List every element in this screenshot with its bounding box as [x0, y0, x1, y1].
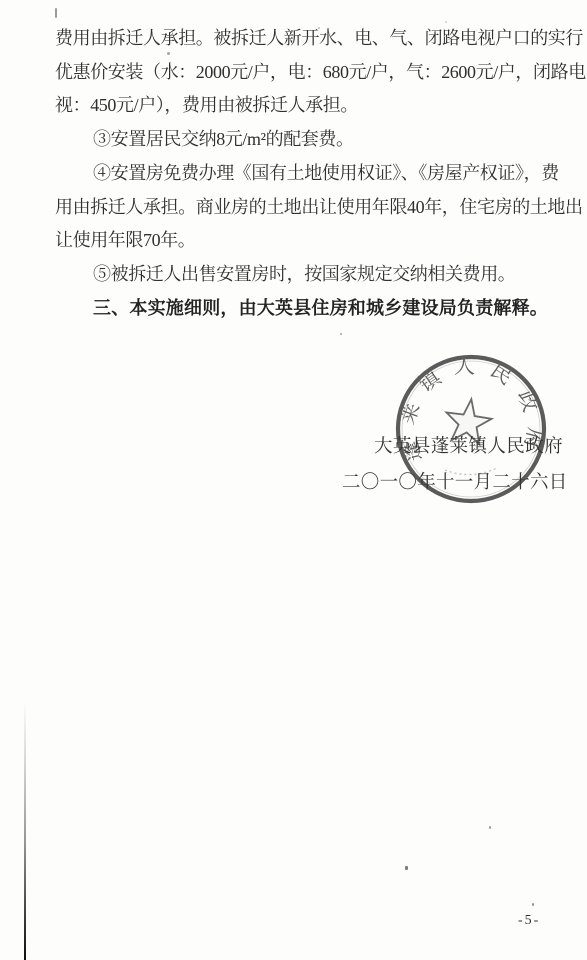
document-body: 费用由拆迁人承担。被拆迁人新开水、电、气、闭路电视户口的实行 优惠价安装（水：2…: [55, 22, 571, 325]
body-line: 费用由拆迁人承担。被拆迁人新开水、电、气、闭路电视户口的实行: [55, 22, 571, 56]
body-line: 用由拆迁人承担。商业房的土地出让使用年限40年，住宅房的土地出: [55, 191, 571, 225]
page-number: -5-: [518, 913, 540, 929]
signature-date: 二〇一〇年十一月二十六日: [342, 468, 568, 494]
signature-organization: 大英县蓬莱镇人民政府: [374, 432, 563, 458]
noise-speck: [532, 903, 534, 906]
scanned-document-page: 费用由拆迁人承担。被拆迁人新开水、电、气、闭路电视户口的实行 优惠价安装（水：2…: [0, 0, 587, 960]
noise-speck: [167, 52, 170, 55]
body-line: 优惠价安装（水：2000元/户，电：680元/户，气：2600元/户，闭路电: [55, 56, 571, 90]
section-heading-line: 三、本实施细则，由大英县住房和城乡建设局负责解释。: [55, 292, 571, 326]
noise-speck: [340, 333, 342, 335]
body-line: 视：450元/户），费用由被拆迁人承担。: [55, 89, 571, 123]
body-line-item-4: ④安置房免费办理《国有土地使用权证》、《房屋产权证》，费: [55, 157, 571, 191]
scan-edge-artifact: [24, 702, 26, 960]
body-line: 让使用年限70年。: [55, 224, 571, 258]
noise-speck: [489, 826, 491, 829]
noise-speck: [405, 866, 408, 870]
noise-speck: [318, 27, 320, 29]
body-line-item-5: ⑤被拆迁人出售安置房时，按国家规定交纳相关费用。: [55, 258, 571, 292]
noise-speck: [445, 21, 447, 23]
noise-speck: [55, 8, 57, 18]
body-line-item-3: ③安置居民交纳8元/m²的配套费。: [55, 123, 571, 157]
